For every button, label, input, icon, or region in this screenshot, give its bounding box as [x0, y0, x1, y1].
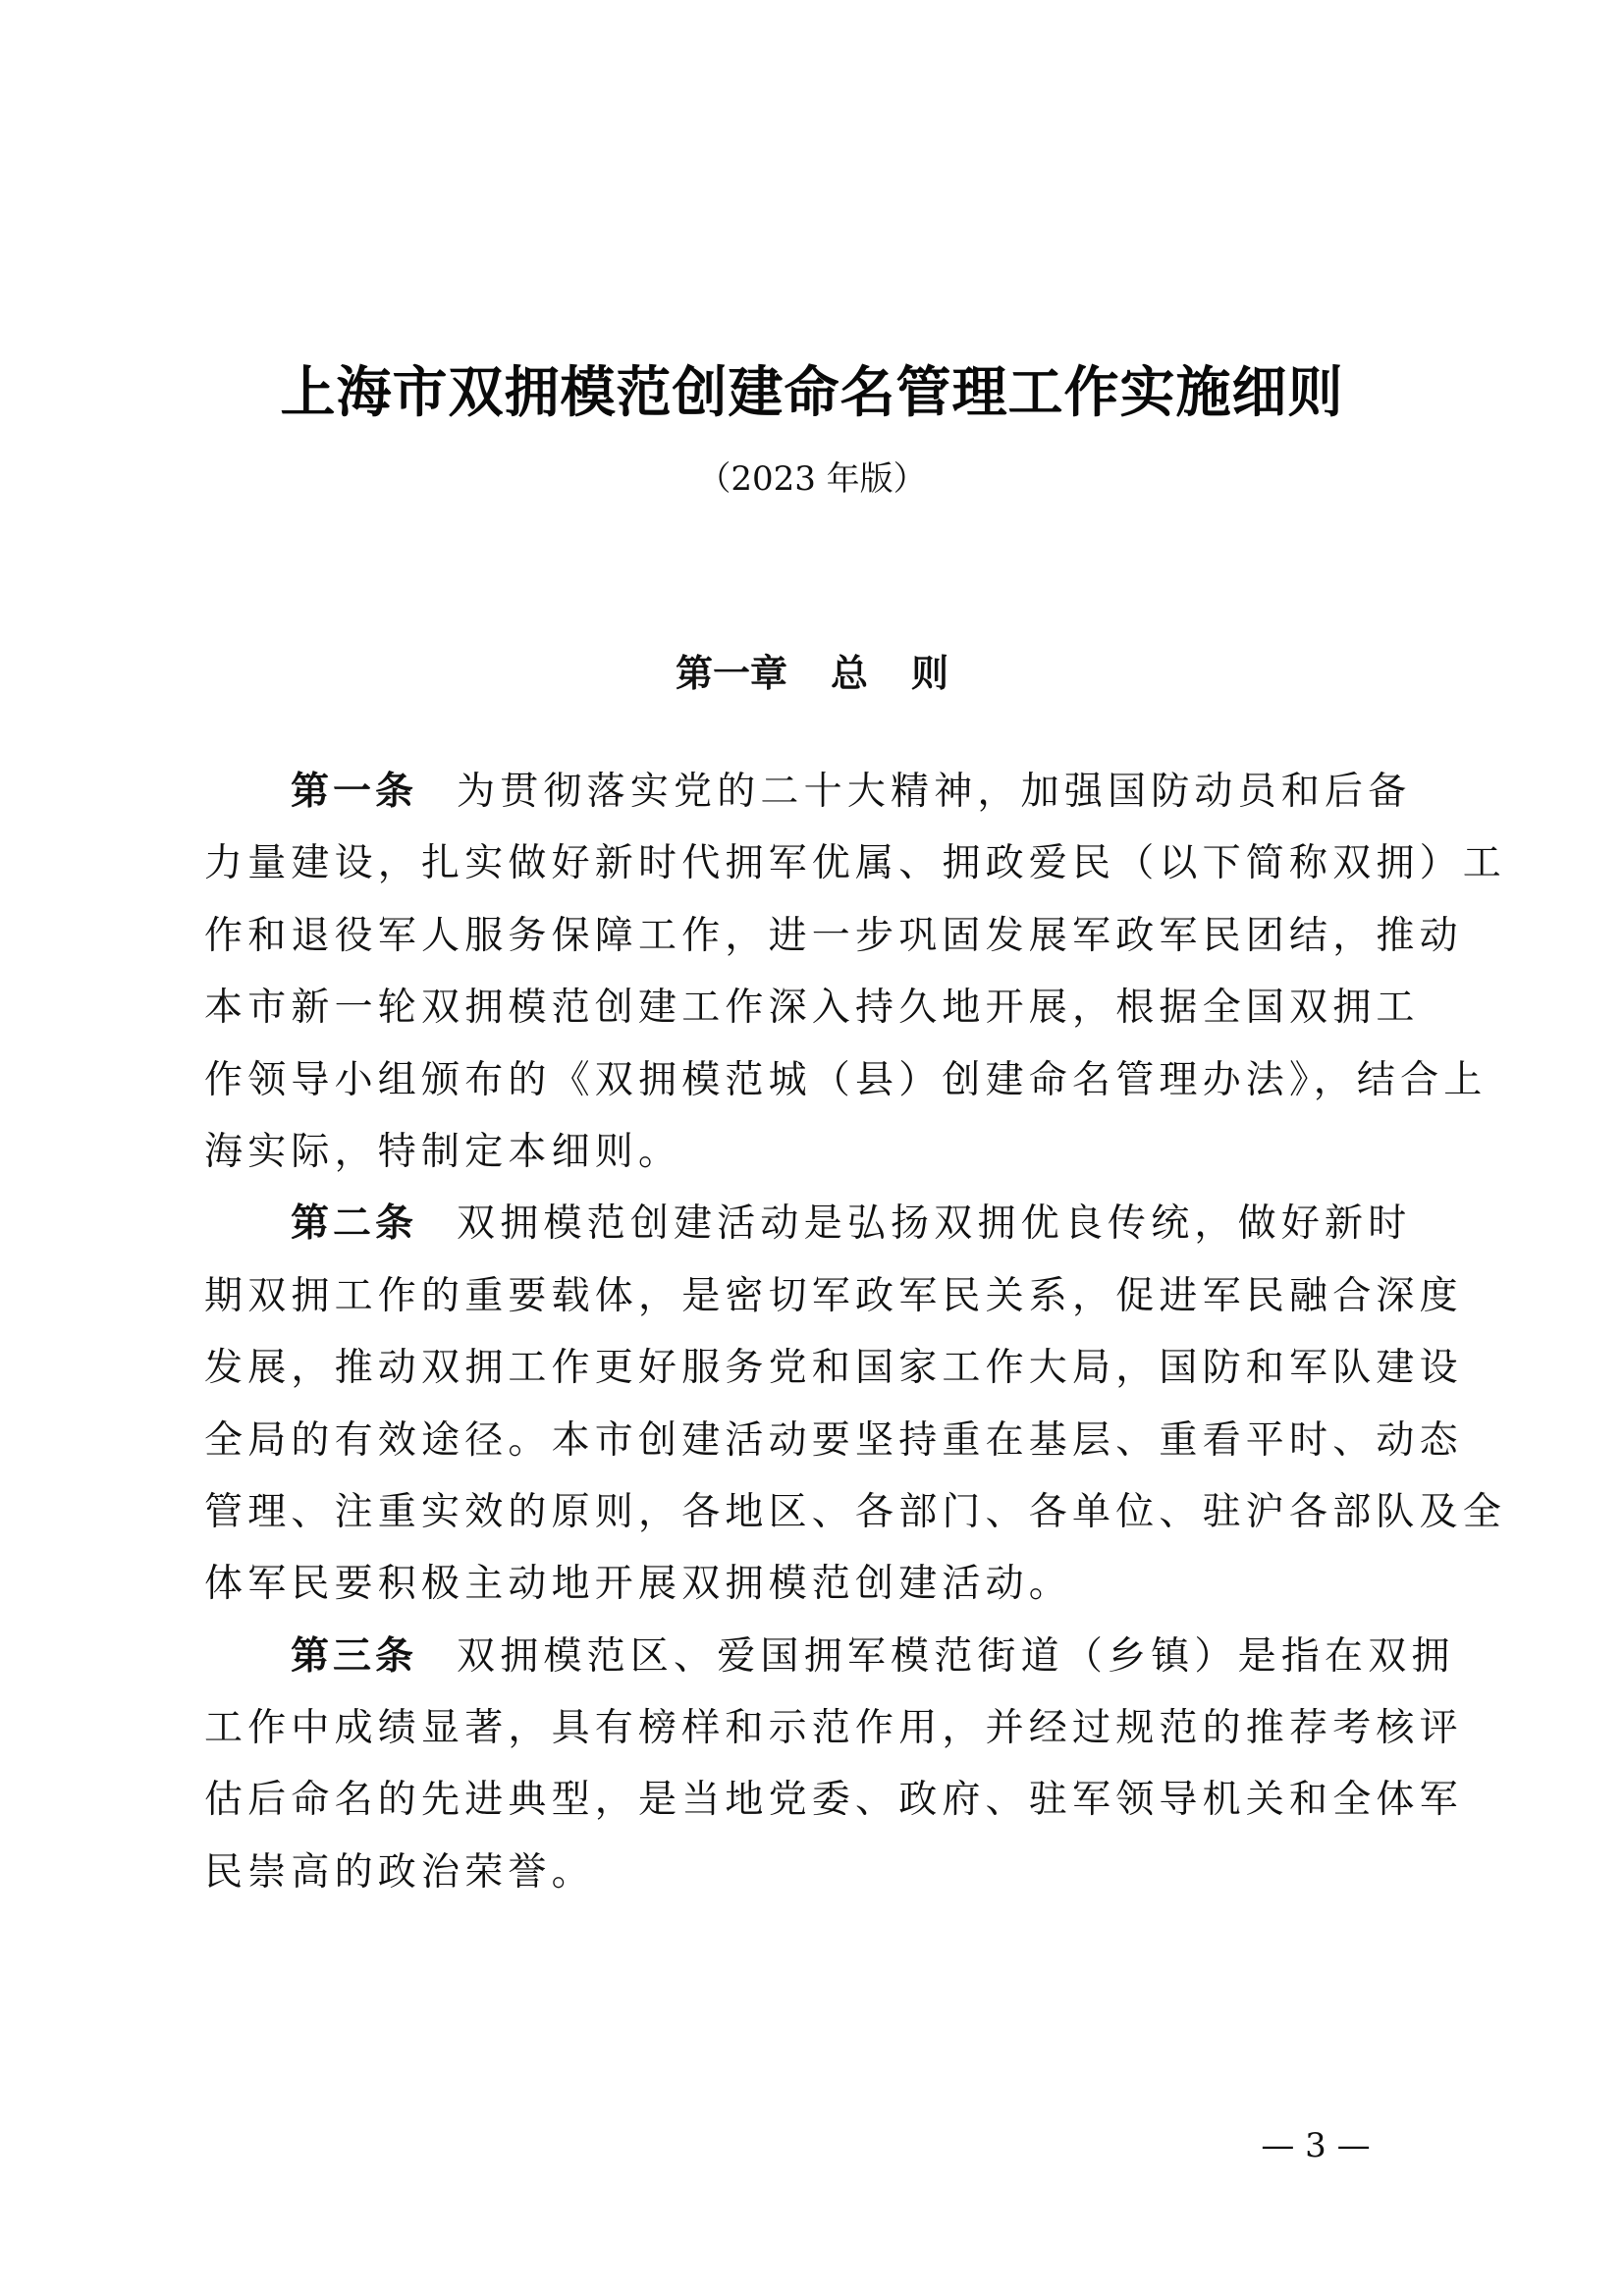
article-text-line: 工作中成绩显著，具有榜样和示范作用，并经过规范的推荐考核评 [204, 1692, 1422, 1764]
article-text-line: 作领导小组颁布的《双拥模范城（县）创建命名管理办法》，结合上 [204, 1044, 1422, 1116]
article-text-line: 海实际，特制定本细则。 [204, 1116, 1422, 1188]
article-number: 第一条 [291, 770, 417, 814]
article-text-line: 本市新一轮双拥模范创建工作深入持久地开展，根据全国双拥工 [204, 972, 1422, 1043]
article-text: 双拥模范创建活动是弘扬双拥优良传统，做好新时 [457, 1201, 1411, 1246]
article-text-line: 估后命名的先进典型，是当地党委、政府、驻军领导机关和全体军 [204, 1764, 1422, 1836]
chapter-name-part1: 总 [831, 652, 868, 695]
article-text: 为贯彻落实党的二十大精神，加强国防动员和后备 [457, 770, 1411, 814]
article-text-line: 管理、注重实效的原则，各地区、各部门、各单位、驻沪各部队及全 [204, 1476, 1422, 1548]
article-text-line: 体军民要积极主动地开展双拥模范创建活动。 [204, 1548, 1422, 1620]
article-1: 第一条为贯彻落实党的二十大精神，加强国防动员和后备 力量建设，扎实做好新时代拥军… [204, 756, 1422, 1188]
document-edition: （2023 年版） [0, 452, 1624, 500]
article-text-line: 发展，推动双拥工作更好服务党和国家工作大局，国防和军队建设 [204, 1332, 1422, 1404]
article-text-line: 全局的有效途径。本市创建活动要坚持重在基层、重看平时、动态 [204, 1405, 1422, 1476]
article-text-line: 期双拥工作的重要载体，是密切军政军民关系，促进军民融合深度 [204, 1260, 1422, 1332]
article-text-line: 民崇高的政治荣誉。 [204, 1837, 1422, 1908]
article-3: 第三条双拥模范区、爱国拥军模范街道（乡镇）是指在双拥 工作中成绩显著，具有榜样和… [204, 1621, 1422, 1909]
article-1-first-line: 第一条为贯彻落实党的二十大精神，加强国防动员和后备 [204, 756, 1422, 828]
article-3-first-line: 第三条双拥模范区、爱国拥军模范街道（乡镇）是指在双拥 [204, 1621, 1422, 1692]
article-number: 第三条 [291, 1634, 417, 1679]
document-page: 上海市双拥模范创建命名管理工作实施细则 （2023 年版） 第一章总则 第一条为… [0, 0, 1624, 2296]
article-2: 第二条双拥模范创建活动是弘扬双拥优良传统，做好新时 期双拥工作的重要载体，是密切… [204, 1188, 1422, 1620]
page-number: — 3 — [1218, 2126, 1414, 2165]
chapter-heading: 第一章总则 [0, 643, 1624, 697]
chapter-name-part2: 则 [911, 652, 948, 695]
article-2-first-line: 第二条双拥模范创建活动是弘扬双拥优良传统，做好新时 [204, 1188, 1422, 1259]
article-text: 双拥模范区、爱国拥军模范街道（乡镇）是指在双拥 [457, 1634, 1455, 1679]
article-text-line: 作和退役军人服务保障工作，进一步巩固发展军政军民团结，推动 [204, 900, 1422, 972]
document-body: 第一条为贯彻落实党的二十大精神，加强国防动员和后备 力量建设，扎实做好新时代拥军… [204, 756, 1422, 1908]
article-text-line: 力量建设，扎实做好新时代拥军优属、拥政爱民（以下简称双拥）工 [204, 828, 1422, 899]
article-number: 第二条 [291, 1201, 417, 1246]
chapter-number: 第一章 [676, 652, 787, 695]
document-title: 上海市双拥模范创建命名管理工作实施细则 [0, 349, 1624, 428]
